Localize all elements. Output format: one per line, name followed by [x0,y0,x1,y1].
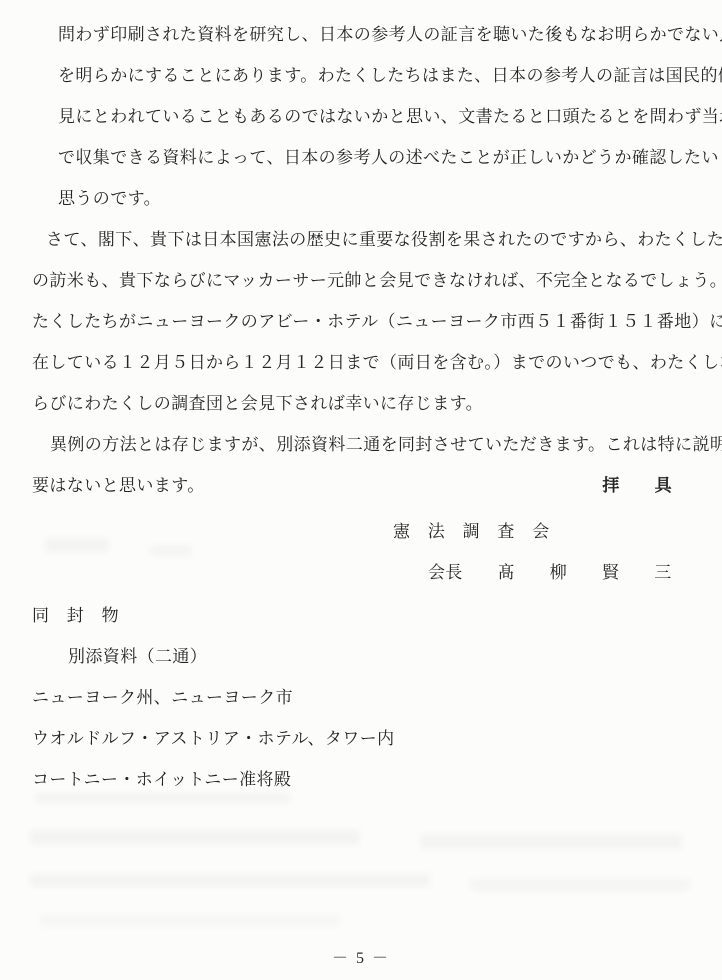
enclosure-item: 別添資料（二通） [32,636,688,677]
letter-line: を明らかにすることにあります。わたくしたちはまた、日本の参考人の証言は国民的偏 [32,55,688,96]
letter-line: 思うのです。 [32,178,688,219]
letter-line: 問わず印刷された資料を研究し、日本の参考人の証言を聴いた後もなお明らかでない点 [32,14,688,55]
letter-line: 在している１２月５日から１２月１２日まで（両日を含む。）までのいつでも、わたくし… [32,342,688,383]
letter-line: らびにわたくしの調査団と会見下されば幸いに存じます。 [32,383,688,424]
letter-line: たくしたちがニューヨークのアビー・ホテル（ニューヨーク市西５１番街１５１番地）に… [32,301,688,342]
letter-line: の訪米も、貴下ならびにマッカーサー元帥と会見できなければ、不完全となるでしょう。… [32,260,688,301]
page-number: － 5 － [0,945,722,968]
sender-organization: 憲 法 調 査 会 [32,511,688,552]
letter-line: 見にとわれていることもあるのではないかと思い、文書たると口頭たるとを問わず当地 [32,96,688,137]
ink-bleed-mark [420,834,682,849]
sender-chairman-name: 会長 髙 柳 賢 三 [32,552,688,593]
addressee-location-line: ニューヨーク州、ニューヨーク市 [32,677,688,718]
ink-bleed-mark [30,830,360,845]
letter-line: 異例の方法とは存じますが、別添資料二通を同封させていただきます。これは特に説明の [32,424,688,465]
ink-bleed-mark [470,879,690,891]
letter-line: 要はないと思います。 [32,465,205,506]
ink-bleed-mark [40,915,340,926]
ink-bleed-mark [30,874,430,887]
letter-line: で収集できる資料によって、日本の参考人の述べたことが正しいかどうか確認したいと [32,137,688,178]
letter-line: さて、閣下、貴下は日本国憲法の歴史に重要な役割を果されたのですから、わたくしたち [32,219,688,260]
letter-body: 問わず印刷された資料を研究し、日本の参考人の証言を聴いた後もなお明らかでない点 … [32,14,688,800]
scanned-letter-page: 問わず印刷された資料を研究し、日本の参考人の証言を聴いた後もなお明らかでない点 … [0,0,722,980]
addressee-hotel-line: ウオルドルフ・アストリア・ホテル、タワー内 [32,718,688,759]
letter-line-with-closing: 要はないと思います。 拝 具 [32,465,688,506]
closing-salutation: 拝 具 [602,465,672,506]
addressee-name-line: コートニー・ホイットニー准将殿 [32,759,688,800]
enclosures-heading: 同 封 物 [32,595,688,636]
